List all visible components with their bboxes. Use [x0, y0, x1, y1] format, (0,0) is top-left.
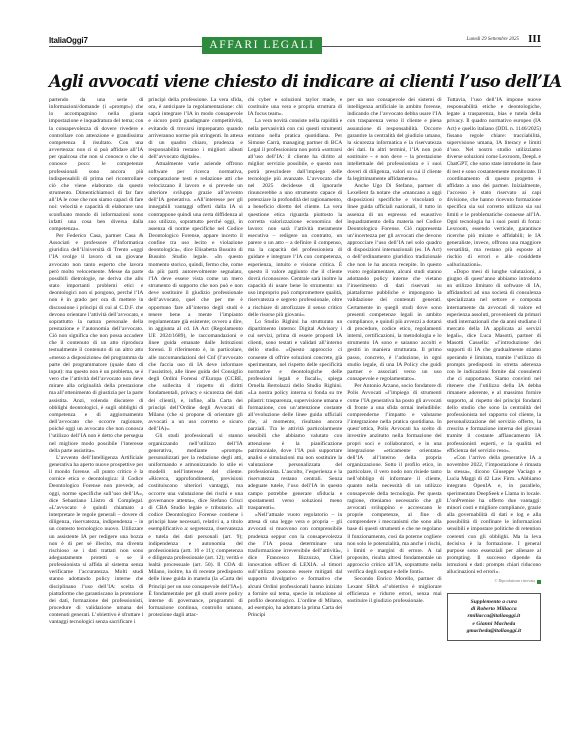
- supplement-credit-box: Supplemento a cura di Roberto Miliacca r…: [447, 593, 541, 641]
- paragraph: «Nell’attuale vuoto regolatorio – in att…: [248, 512, 342, 619]
- paragraph: L’avvento dell’Intelligenza Artificiale …: [49, 455, 143, 627]
- column-5: Tuttavia, l’uso dell’IA impone nuove res…: [447, 97, 541, 747]
- publication-logo: ItaliaOggi7: [49, 36, 88, 45]
- paragraph: partendo da una serie di informazioni/do…: [49, 97, 143, 233]
- copyright-notice: © Riproduzione riservata: [447, 577, 541, 584]
- column-4: per un uso consapevole dei sistemi di in…: [347, 97, 441, 747]
- credit-email[interactable]: rmiliacca@italiaoggi.it: [451, 613, 537, 620]
- headline: Agli avvocati viene chiesto di indicare …: [49, 72, 541, 91]
- column-1: partendo da una serie di informazioni/do…: [49, 97, 143, 747]
- paragraph: Gli studi professionali si stanno organi…: [148, 433, 242, 619]
- paragraph: Per Antonio Arzano, socio fondatore di P…: [347, 383, 441, 576]
- paragraph: Attualmente varie aziende offrono softwa…: [148, 161, 242, 433]
- credit-line: di Roberto Miliacca: [451, 606, 537, 613]
- credit-email[interactable]: gmacheda@italiaoggi.it: [451, 628, 537, 635]
- article-body: partendo da una serie di informazioni/do…: [49, 97, 541, 747]
- section-tag: AFFARI LEGALI: [202, 37, 322, 54]
- paragraph: Tuttavia, l’uso dell’IA impone nuove res…: [447, 97, 541, 269]
- paragraph: «Dopo mesi di lunghe valutazioni, a giug…: [447, 269, 541, 455]
- paragraph: per un uso consapevole dei sistemi di in…: [347, 97, 441, 183]
- credit-line: Supplemento a cura: [451, 599, 537, 606]
- dateline: Lunedì 29 Settembre 2025: [467, 37, 519, 42]
- paragraph: La vera novità consiste nella rapidità e…: [248, 118, 342, 318]
- paragraph: Per Federico Casa, partner Casa & Associ…: [49, 233, 143, 455]
- paragraph: chi cyber e soluzioni taylor made, e cos…: [248, 97, 342, 118]
- credit-line: e Gianni Macheda: [451, 621, 537, 628]
- column-3: chi cyber e soluzioni taylor made, e cos…: [248, 97, 342, 747]
- paragraph: «Con l’arrivo della generative IA a nove…: [447, 455, 541, 577]
- column-2: principi della professione. La vera sfid…: [148, 97, 242, 747]
- paragraph: Secondo Enrico Morello, partner di Lexan…: [347, 576, 441, 605]
- paragraph: Anche Ugo Di Stefano, partner di Lexelle…: [347, 183, 441, 383]
- masthead: ItaliaOggi7 AFFARI LEGALI Lunedì 29 Sett…: [49, 34, 541, 54]
- page-number: III: [528, 33, 541, 45]
- paragraph: Lo Studio Righini ha strutturato un dipa…: [248, 319, 342, 512]
- paragraph: principi della professione. La vera sfid…: [148, 97, 242, 161]
